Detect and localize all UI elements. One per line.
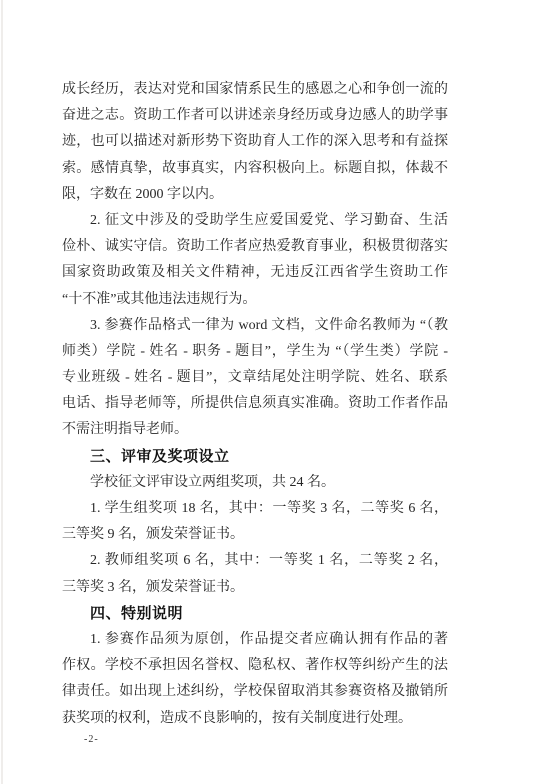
paragraph-teacher-awards: 2. 教师组奖项 6 名，其中：一等奖 1 名，二等奖 2 名， 三等奖 3 名… — [62, 548, 448, 600]
body-text-line: 作权。学校不承担因名誉权、隐私权、著作权等纠纷产生的法 — [62, 653, 448, 679]
body-text-line: 1. 参赛作品须为原创，作品提交者应确认拥有作品的著 — [62, 627, 448, 653]
paragraph-continuation: 成长经历，表达对党和国家情系民生的感恩之心和争创一流的 奋进之志。资助工作者可以… — [62, 77, 448, 208]
body-text-line: 迹，也可以描述对新形势下资助育人工作的深入思考和有益探 — [62, 129, 448, 155]
body-text-line: 三等奖 9 名，颁发荣誉证书。 — [62, 522, 448, 548]
document-body: 成长经历，表达对党和国家情系民生的感恩之心和争创一流的 奋进之志。资助工作者可以… — [62, 77, 448, 732]
paragraph-item-3: 3. 参赛作品格式一律为 word 文档，文件命名教师为 “（教 师类）学院 -… — [62, 313, 448, 444]
section-heading-awards: 三、评审及奖项设立 — [62, 444, 448, 470]
body-text-line: 国家资助政策及相关文件精神，无违反江西省学生资助工作 — [62, 260, 448, 286]
body-text-line: 三等奖 3 名，颁发荣誉证书。 — [62, 575, 448, 601]
body-text-line: 获奖项的权利，造成不良影响的，按有关制度进行处理。 — [62, 706, 448, 732]
scan-edge-artifact — [1, 0, 3, 784]
body-text-line: 2. 征文中涉及的受助学生应爱国爱党、学习勤奋、生活 — [62, 208, 448, 234]
body-text-line: 师类）学院 - 姓名 - 职务 - 题目”，学生为 “（学生类）学院 - — [62, 339, 448, 365]
paragraph-awards-intro: 学校征文评审设立两组奖项，共 24 名。 — [62, 470, 448, 496]
paragraph-item-2: 2. 征文中涉及的受助学生应爱国爱党、学习勤奋、生活 俭朴、诚实守信。资助工作者… — [62, 208, 448, 313]
paragraph-student-awards: 1. 学生组奖项 18 名，其中：一等奖 3 名，二等奖 6 名， 三等奖 9 … — [62, 496, 448, 548]
page-number: -2- — [84, 734, 99, 745]
body-text-line: 成长经历，表达对党和国家情系民生的感恩之心和争创一流的 — [62, 77, 448, 103]
paragraph-copyright-note: 1. 参赛作品须为原创，作品提交者应确认拥有作品的著 作权。学校不承担因名誉权、… — [62, 627, 448, 732]
body-text-line: 电话、指导老师等，所提供信息须真实准确。资助工作者作品 — [62, 391, 448, 417]
body-text-line: 2. 教师组奖项 6 名，其中：一等奖 1 名，二等奖 2 名， — [62, 548, 448, 574]
body-text-line: 限，字数在 2000 字以内。 — [62, 182, 448, 208]
body-text-line: 奋进之志。资助工作者可以讲述亲身经历或身边感人的助学事 — [62, 103, 448, 129]
body-text-line: 索。感情真挚，故事真实，内容积极向上。标题自拟，体裁不 — [62, 156, 448, 182]
body-text-line: 3. 参赛作品格式一律为 word 文档，文件命名教师为 “（教 — [62, 313, 448, 339]
body-text-line: 学校征文评审设立两组奖项，共 24 名。 — [62, 470, 448, 496]
body-text-line: “十不准”或其他违法违规行为。 — [62, 287, 448, 313]
body-text-line: 专业班级 - 姓名 - 题目”，文章结尾处注明学院、姓名、联系 — [62, 365, 448, 391]
body-text-line: 1. 学生组奖项 18 名，其中：一等奖 3 名，二等奖 6 名， — [62, 496, 448, 522]
body-text-line: 律责任。如出现上述纠纷，学校保留取消其参赛资格及撤销所 — [62, 679, 448, 705]
document-page: 成长经历，表达对党和国家情系民生的感恩之心和争创一流的 奋进之志。资助工作者可以… — [0, 0, 554, 784]
section-heading-special-notes: 四、特别说明 — [62, 601, 448, 627]
body-text-line: 不需注明指导老师。 — [62, 417, 448, 443]
body-text-line: 俭朴、诚实守信。资助工作者应热爱教育事业，积极贯彻落实 — [62, 234, 448, 260]
